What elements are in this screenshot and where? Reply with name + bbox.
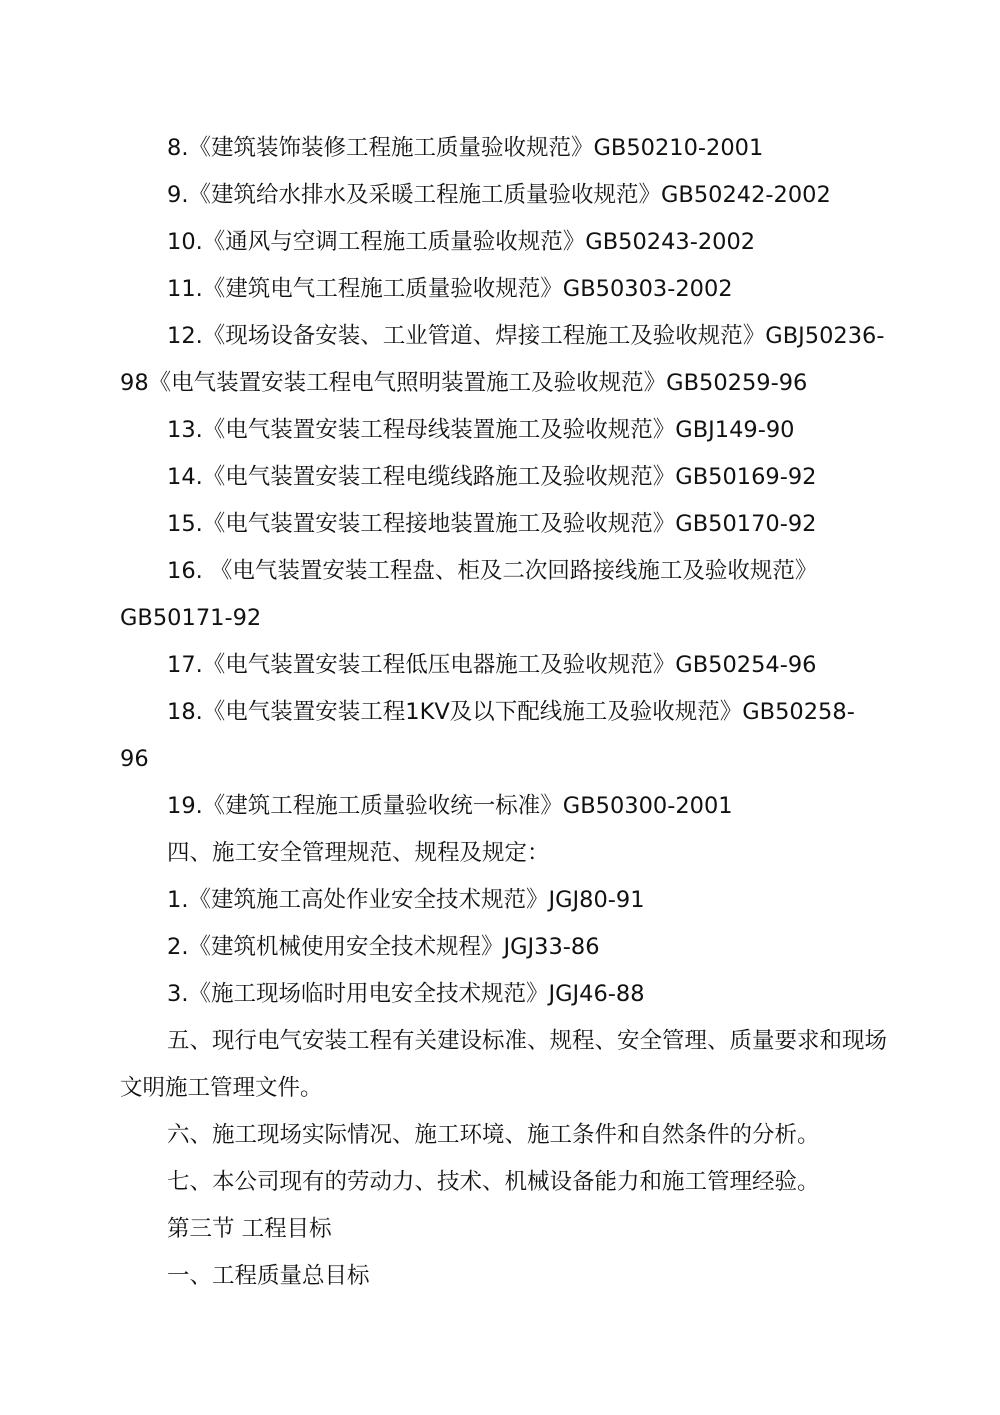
list-item-standard-18-continuation: 96 bbox=[120, 736, 882, 783]
list-item-standard-12: 12.《现场设备安装、工业管道、焊接工程施工及验收规范》GBJ50236- bbox=[120, 313, 882, 360]
list-item-standard-8: 8.《建筑装饰装修工程施工质量验收规范》GB50210-2001 bbox=[120, 125, 882, 172]
list-item-standard-13: 13.《电气装置安装工程母线装置施工及验收规范》GBJ149-90 bbox=[120, 407, 882, 454]
paragraph-item-7: 七、本公司现有的劳动力、技术、机械设备能力和施工管理经验。 bbox=[120, 1159, 882, 1206]
list-item-standard-19: 19.《建筑工程施工质量验收统一标准》GB50300-2001 bbox=[120, 783, 882, 830]
list-item-safety-1: 1.《建筑施工高处作业安全技术规范》JGJ80-91 bbox=[120, 877, 882, 924]
paragraph-item-5-continuation: 文明施工管理文件。 bbox=[120, 1065, 882, 1112]
subsection-title-quality-goal: 一、工程质量总目标 bbox=[120, 1253, 882, 1300]
list-item-safety-3: 3.《施工现场临时用电安全技术规范》JGJ46-88 bbox=[120, 971, 882, 1018]
list-item-standard-15: 15.《电气装置安装工程接地装置施工及验收规范》GB50170-92 bbox=[120, 501, 882, 548]
list-item-standard-14: 14.《电气装置安装工程电缆线路施工及验收规范》GB50169-92 bbox=[120, 454, 882, 501]
list-item-safety-2: 2.《建筑机械使用安全技术规程》JGJ33-86 bbox=[120, 924, 882, 971]
list-item-standard-17: 17.《电气装置安装工程低压电器施工及验收规范》GB50254-96 bbox=[120, 642, 882, 689]
list-item-standard-16: 16. 《电气装置安装工程盘、柜及二次回路接线施工及验收规范》 bbox=[120, 548, 882, 595]
list-item-standard-11: 11.《建筑电气工程施工质量验收规范》GB50303-2002 bbox=[120, 266, 882, 313]
section-heading-safety-regulations: 四、施工安全管理规范、规程及规定： bbox=[120, 830, 882, 877]
section-title-project-goals: 第三节 工程目标 bbox=[120, 1206, 882, 1253]
paragraph-item-5: 五、现行电气安装工程有关建设标准、规程、安全管理、质量要求和现场 bbox=[120, 1018, 882, 1065]
list-item-standard-12-continuation: 98《电气装置安装工程电气照明装置施工及验收规范》GB50259-96 bbox=[120, 360, 882, 407]
list-item-standard-10: 10.《通风与空调工程施工质量验收规范》GB50243-2002 bbox=[120, 219, 882, 266]
document-page: 8.《建筑装饰装修工程施工质量验收规范》GB50210-2001 9.《建筑给水… bbox=[120, 125, 882, 1300]
list-item-standard-16-continuation: GB50171-92 bbox=[120, 595, 882, 642]
list-item-standard-9: 9.《建筑给水排水及采暖工程施工质量验收规范》GB50242-2002 bbox=[120, 172, 882, 219]
paragraph-item-6: 六、施工现场实际情况、施工环境、施工条件和自然条件的分析。 bbox=[120, 1112, 882, 1159]
list-item-standard-18: 18.《电气装置安装工程1KV及以下配线施工及验收规范》GB50258- bbox=[120, 689, 882, 736]
